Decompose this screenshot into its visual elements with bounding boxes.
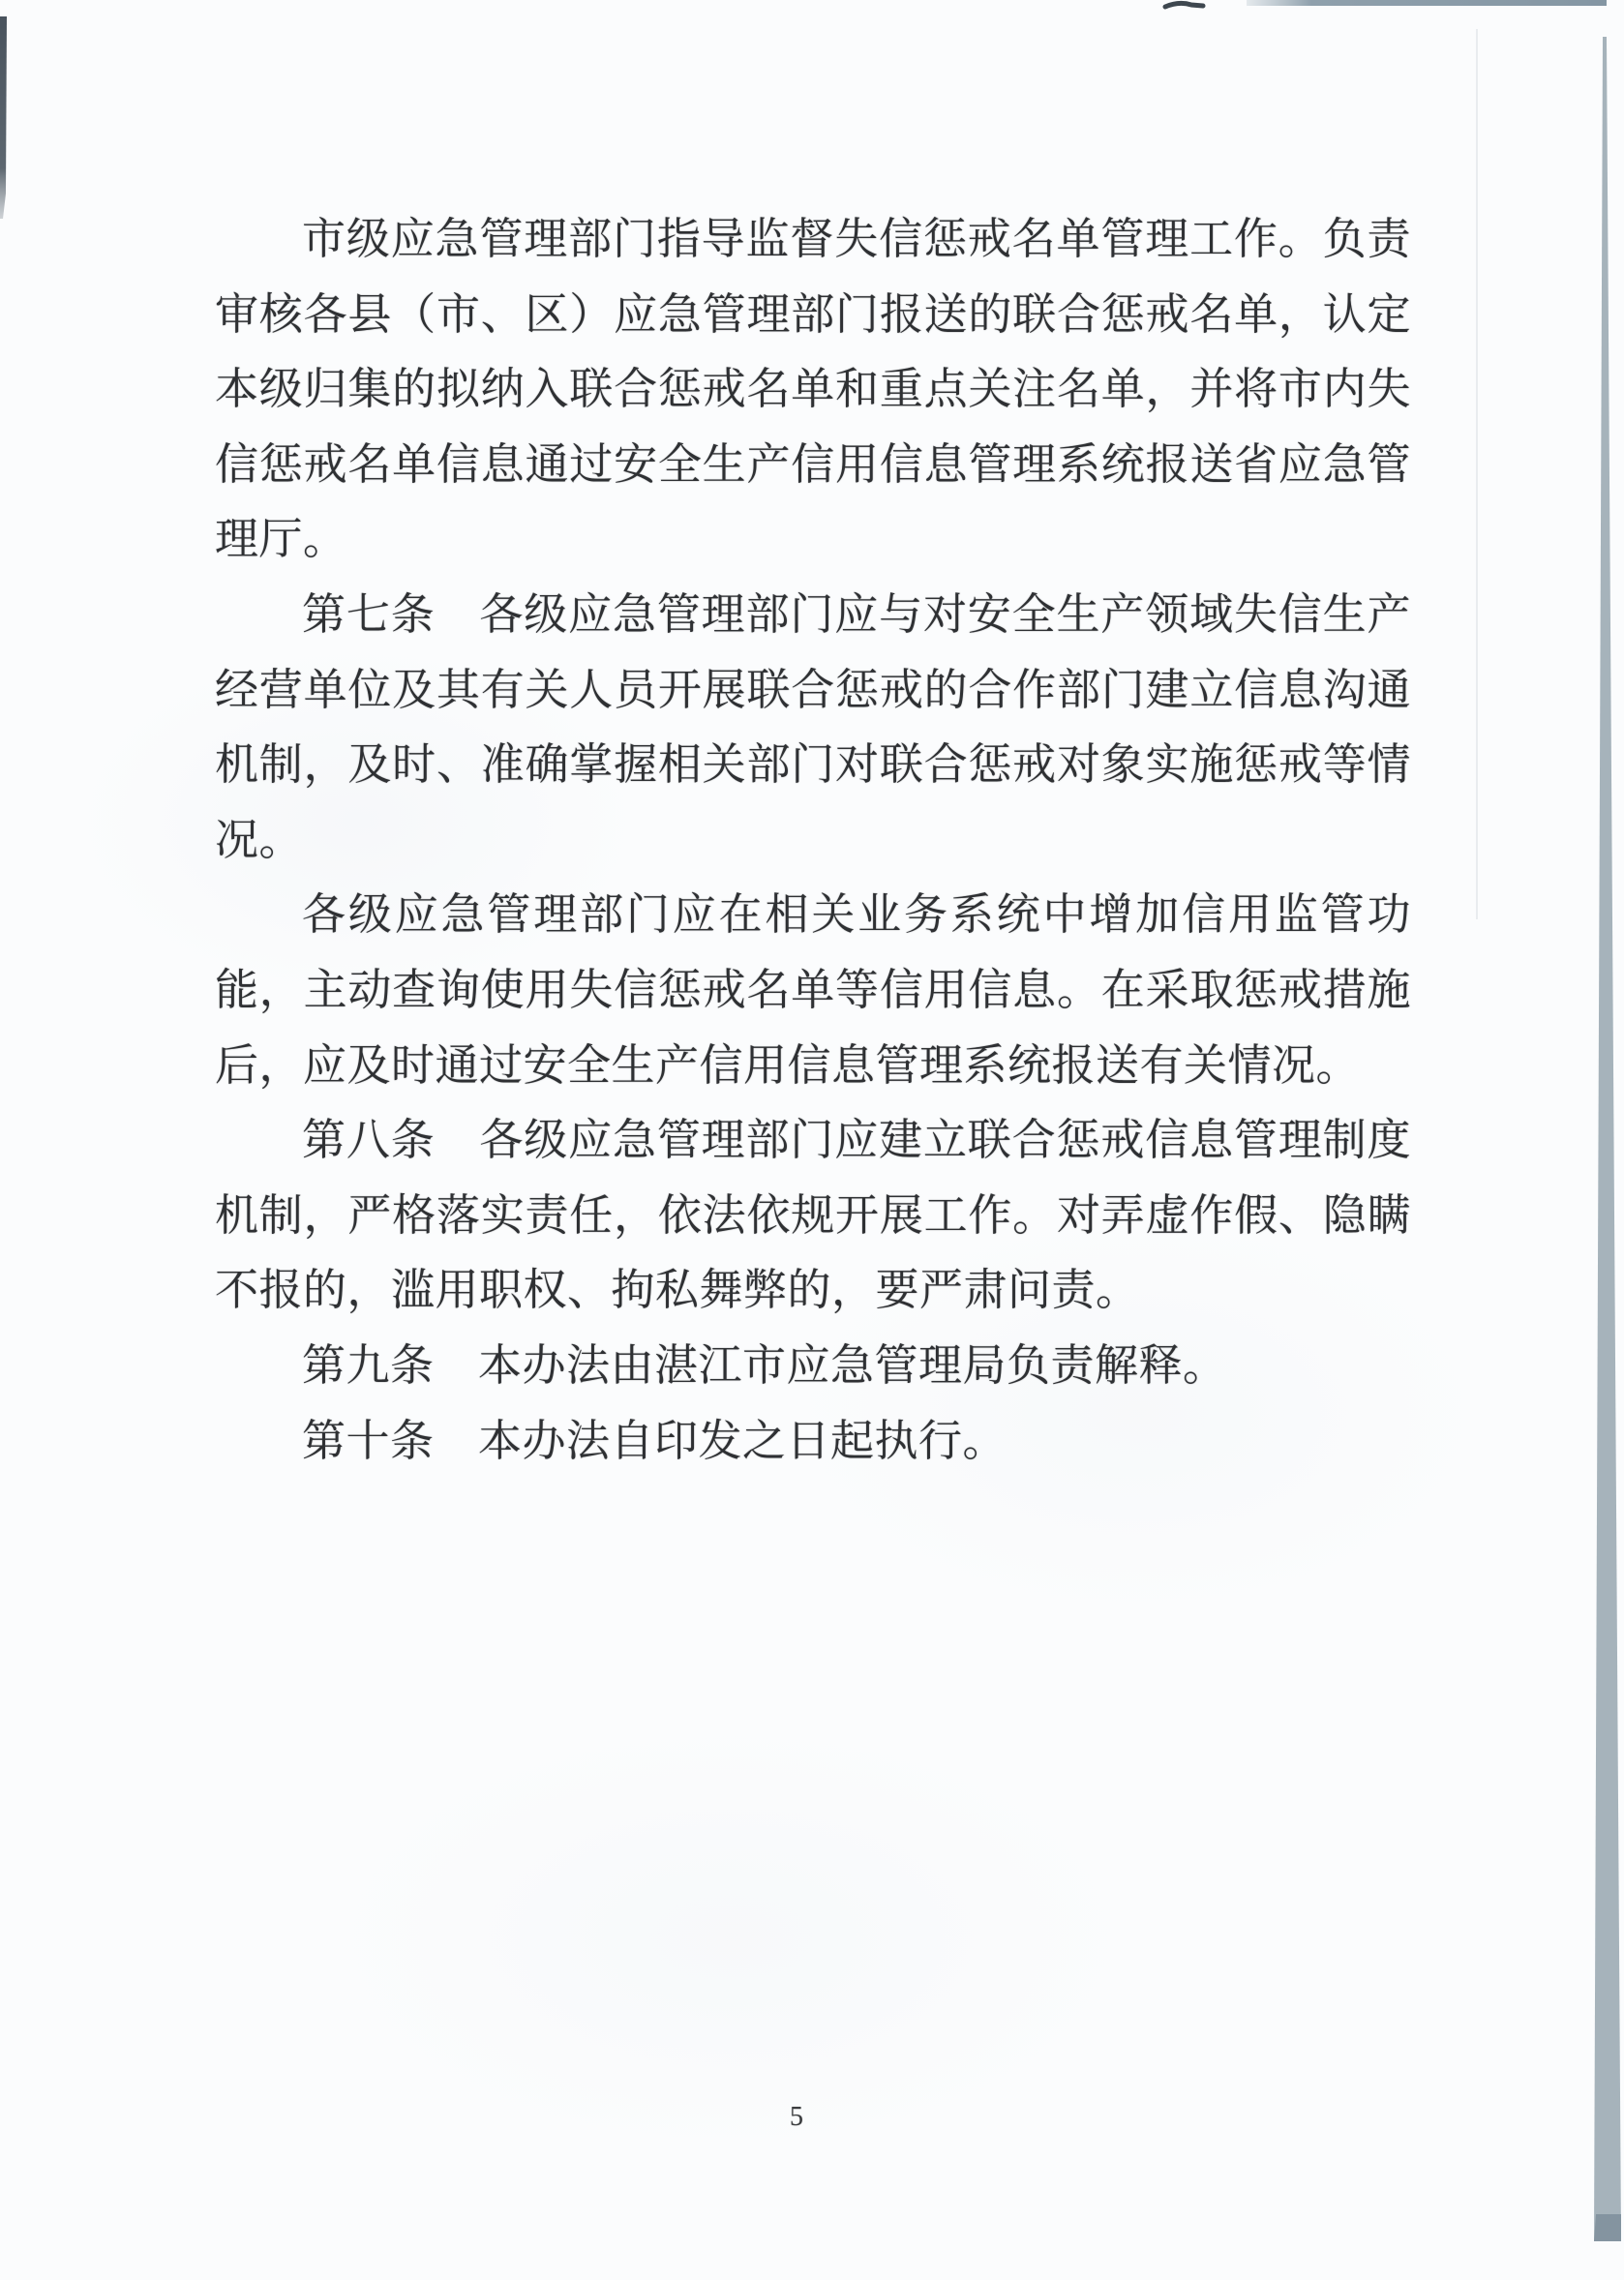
text-line: 况。 — [215, 803, 1411, 879]
text-line: 第九条 本办法由湛江市应急管理局负责解释。 — [215, 1329, 1411, 1404]
text-line: 市级应急管理部门指导监督失信惩戒名单管理工作。负责 — [215, 202, 1411, 278]
text-line: 后，应及时通过安全生产信用信息管理系统报送有关情况。 — [215, 1029, 1411, 1104]
text-line: 理厅。 — [215, 502, 1411, 578]
text-line: 信惩戒名单信息通过安全生产信用信息管理系统报送省应急管 — [215, 428, 1411, 503]
document-body-text: 市级应急管理部门指导监督失信惩戒名单管理工作。负责 审核各县（市、区）应急管理部… — [215, 202, 1411, 1479]
text-line: 各级应急管理部门应在相关业务系统中增加信用监管功 — [215, 878, 1411, 953]
scanned-document-page: { "page": { "number": "5", "background_c… — [0, 0, 1624, 2280]
text-line: 第十条 本办法自印发之日起执行。 — [215, 1404, 1411, 1480]
text-line: 第八条 各级应急管理部门应建立联合惩戒信息管理制度 — [215, 1103, 1411, 1179]
scan-artifact-left-strip — [0, 16, 7, 219]
text-line: 审核各县（市、区）应急管理部门报送的联合惩戒名单，认定 — [215, 278, 1411, 353]
scan-artifact-right-edge-line — [1594, 37, 1621, 2241]
text-line: 不报的，滥用职权、拘私舞弊的，要严肃问责。 — [215, 1253, 1411, 1329]
scan-artifact-crease — [1476, 29, 1478, 919]
text-line: 机制，严格落实责任，依法依规开展工作。对弄虚作假、隐瞒 — [215, 1179, 1411, 1254]
text-line: 能，主动查询使用失信惩戒名单等信用信息。在采取惩戒措施 — [215, 953, 1411, 1029]
text-line: 经营单位及其有关人员开展联合惩戒的合作部门建立信息沟通 — [215, 653, 1411, 729]
scan-artifact-right-edge-bottom — [1594, 2214, 1621, 2241]
scan-artifact-top-line — [1247, 0, 1607, 6]
text-line: 第七条 各级应急管理部门应与对安全生产领域失信生产 — [215, 578, 1411, 653]
text-line: 本级归集的拟纳入联合惩戒名单和重点关注名单，并将市内失 — [215, 352, 1411, 428]
page-number: 5 — [753, 2102, 840, 2133]
text-line: 机制，及时、准确掌握相关部门对联合惩戒对象实施惩戒等情 — [215, 728, 1411, 803]
scan-artifact-top-dash — [1165, 3, 1203, 7]
